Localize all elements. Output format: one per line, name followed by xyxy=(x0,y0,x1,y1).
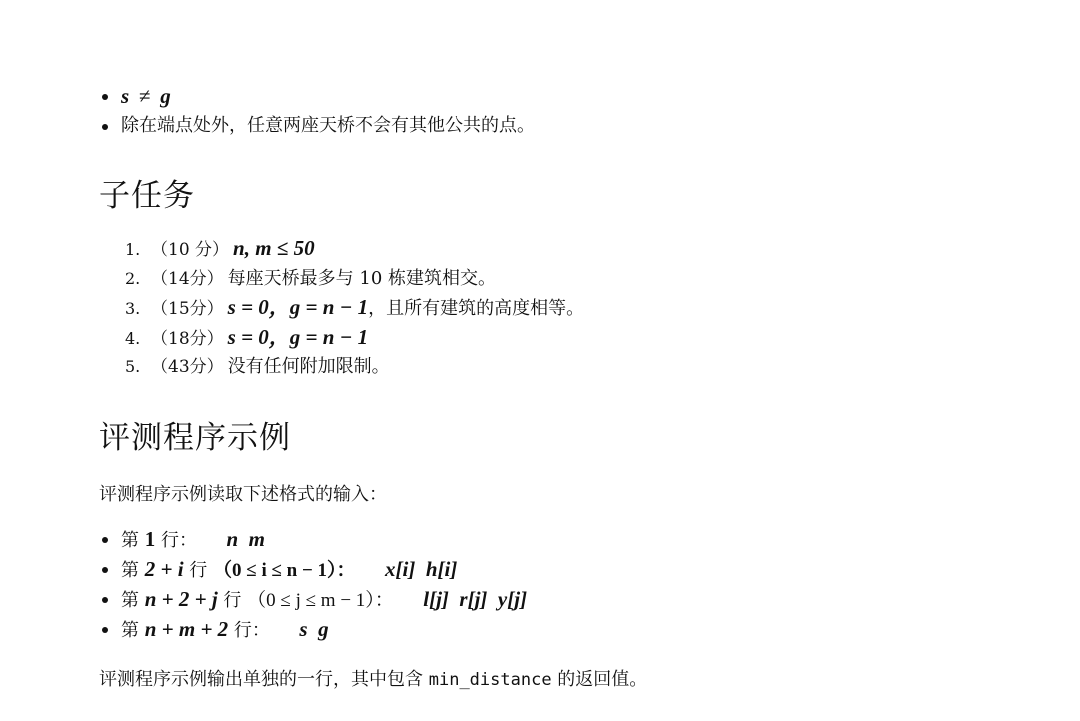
grader-output-desc: 评测程序示例输出单独的一行，其中包含 min_distance 的返回值。 xyxy=(99,665,647,691)
constraints-list: s ≠ g 除在端点处外，任意两座天桥不会有其他公共的点。 xyxy=(99,81,535,141)
subtask-item: 5. （43分） 没有任何附加限制。 xyxy=(125,352,584,382)
subtask-text: 每座天桥最多与 10 栋建筑相交。 xyxy=(228,264,496,294)
subtask-points: （15分） xyxy=(151,295,224,325)
subtask-item: 4. （18分） s = 0，g = n − 1 xyxy=(125,323,584,353)
line-fields: s g xyxy=(299,617,328,641)
subtask-number: 2. xyxy=(125,264,151,294)
subtask-item: 2. （14分） 每座天桥最多与 10 栋建筑相交。 xyxy=(125,264,584,294)
line-fields: x[i] h[i] xyxy=(385,557,457,581)
subtask-points: （14分） xyxy=(151,265,224,295)
line-row-label: 行： xyxy=(161,530,197,551)
input-line-item: 第 n + 2 + j 行 （0 ≤ j ≤ m − 1）： l[j] r[j]… xyxy=(99,584,527,614)
subtask-math: s = 0，g = n − 1 xyxy=(228,293,369,323)
subtask-item: 1. （10 分） n, m ≤ 50 xyxy=(125,234,584,264)
subtask-points: （43分） xyxy=(151,353,224,383)
subtask-text: ，且所有建筑的高度相等。 xyxy=(368,294,584,324)
output-prefix: 评测程序示例输出单独的一行，其中包含 xyxy=(99,669,423,690)
subtask-text: 没有任何附加限制。 xyxy=(228,352,390,382)
grader-heading: 评测程序示例 xyxy=(99,412,291,457)
subtask-math: n, m ≤ 50 xyxy=(233,234,315,264)
grader-input-intro: 评测程序示例读取下述格式的输入： xyxy=(99,480,387,506)
input-line-item: 第 1 行： n m xyxy=(99,524,527,554)
subtask-number: 3. xyxy=(125,294,151,324)
input-line-item: 第 n + m + 2 行： s g xyxy=(99,614,527,644)
math-op-neq: ≠ xyxy=(135,84,155,108)
subtask-number: 1. xyxy=(125,235,151,265)
line-fields: l[j] r[j] y[j] xyxy=(423,587,527,611)
constraint-text: 除在端点处外，任意两座天桥不会有其他公共的点。 xyxy=(121,115,535,136)
subtask-points: （10 分） xyxy=(151,236,229,266)
line-prefix: 第 xyxy=(121,560,139,581)
subtasks-list: 1. （10 分） n, m ≤ 50 2. （14分） 每座天桥最多与 10 … xyxy=(125,234,584,382)
subtask-math: s = 0，g = n − 1 xyxy=(228,323,369,353)
constraint-item: s ≠ g xyxy=(99,81,535,111)
line-expr: 2 + i xyxy=(145,557,184,581)
line-condition: （0 ≤ i ≤ n − 1）： xyxy=(213,560,356,581)
line-condition: （0 ≤ j ≤ m − 1）： xyxy=(247,590,394,611)
line-fields: n m xyxy=(226,527,265,551)
subtasks-heading: 子任务 xyxy=(99,170,195,215)
input-format-list: 第 1 行： n m 第 2 + i 行 （0 ≤ i ≤ n − 1）： x[… xyxy=(99,524,527,644)
subtask-item: 3. （15分） s = 0，g = n − 1 ，且所有建筑的高度相等。 xyxy=(125,293,584,323)
line-expr: n + 2 + j xyxy=(145,587,218,611)
line-prefix: 第 xyxy=(121,590,139,611)
math-var-g: g xyxy=(160,84,171,108)
line-prefix: 第 xyxy=(121,620,139,641)
output-suffix: 的返回值。 xyxy=(557,669,647,690)
math-var-s: s xyxy=(121,84,129,108)
line-row-label: 行 xyxy=(189,560,207,581)
line-row-label: 行 xyxy=(223,590,241,611)
line-expr: n + m + 2 xyxy=(145,617,228,641)
input-line-item: 第 2 + i 行 （0 ≤ i ≤ n − 1）： x[i] h[i] xyxy=(99,554,527,584)
line-expr: 1 xyxy=(145,527,156,551)
constraint-item: 除在端点处外，任意两座天桥不会有其他公共的点。 xyxy=(99,111,535,141)
subtask-points: （18分） xyxy=(151,325,224,355)
line-row-label: 行： xyxy=(234,620,270,641)
subtask-number: 4. xyxy=(125,324,151,354)
function-name-code: min_distance xyxy=(429,670,552,690)
subtask-number: 5. xyxy=(125,352,151,382)
line-prefix: 第 xyxy=(121,530,139,551)
